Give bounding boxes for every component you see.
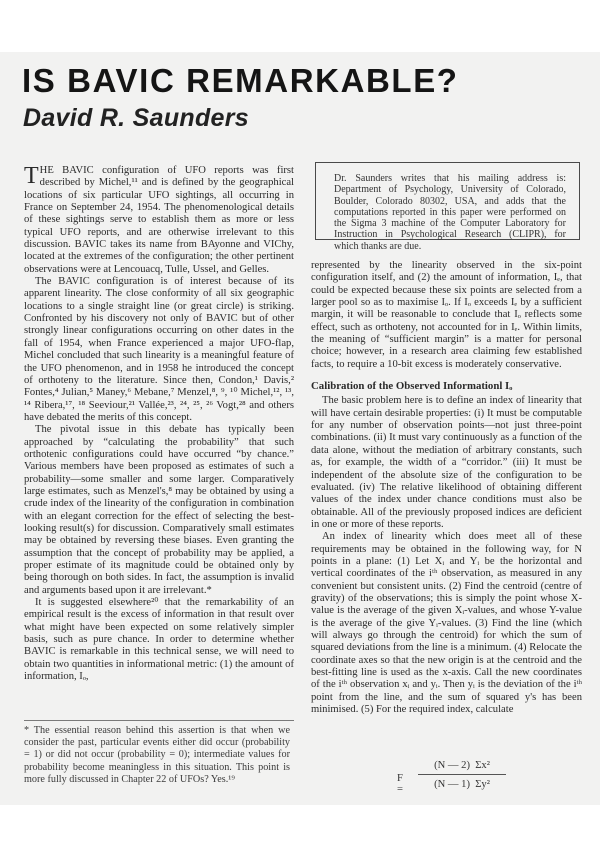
formula-denominator: (N — 1) Σy² <box>418 779 506 790</box>
paragraph-remarkability: It is suggested elsewhere²⁰ that the rem… <box>24 597 294 683</box>
paragraph-linearity: The BAVIC configuration is of interest b… <box>24 276 294 424</box>
fraction-bar <box>418 774 506 775</box>
footnote-divider <box>24 720 294 721</box>
formula-numerator: (N — 2) Σx² <box>418 760 506 771</box>
author-note-text: Dr. Saunders writes that his mailing add… <box>334 173 566 252</box>
paragraph-intro: THE BAVIC configuration of UFO reports w… <box>24 165 294 276</box>
paragraph-index-method: An index of linearity which does meet al… <box>311 531 582 716</box>
article-author: David R. Saunders <box>23 104 249 133</box>
section-heading: Calibration of the Observed Informationl… <box>311 380 582 392</box>
formula-lhs: F = <box>397 773 403 795</box>
left-column: THE BAVIC configuration of UFO reports w… <box>24 165 294 683</box>
formula-fraction: (N — 2) Σx² (N — 1) Σy² <box>418 760 506 790</box>
article-title: IS BAVIC REMARKABLE? <box>22 62 459 100</box>
paragraph-continuation: represented by the linearity observed in… <box>311 260 582 371</box>
author-note-box: Dr. Saunders writes that his mailing add… <box>315 162 580 240</box>
paragraph-requirements: The basic problem here is to define an i… <box>311 395 582 531</box>
right-column: represented by the linearity observed in… <box>311 260 582 716</box>
drop-cap: T <box>24 166 39 186</box>
footnote: * The essential reason behind this asser… <box>24 725 290 786</box>
paragraph-probability: The pivotal issue in this debate has typ… <box>24 424 294 597</box>
